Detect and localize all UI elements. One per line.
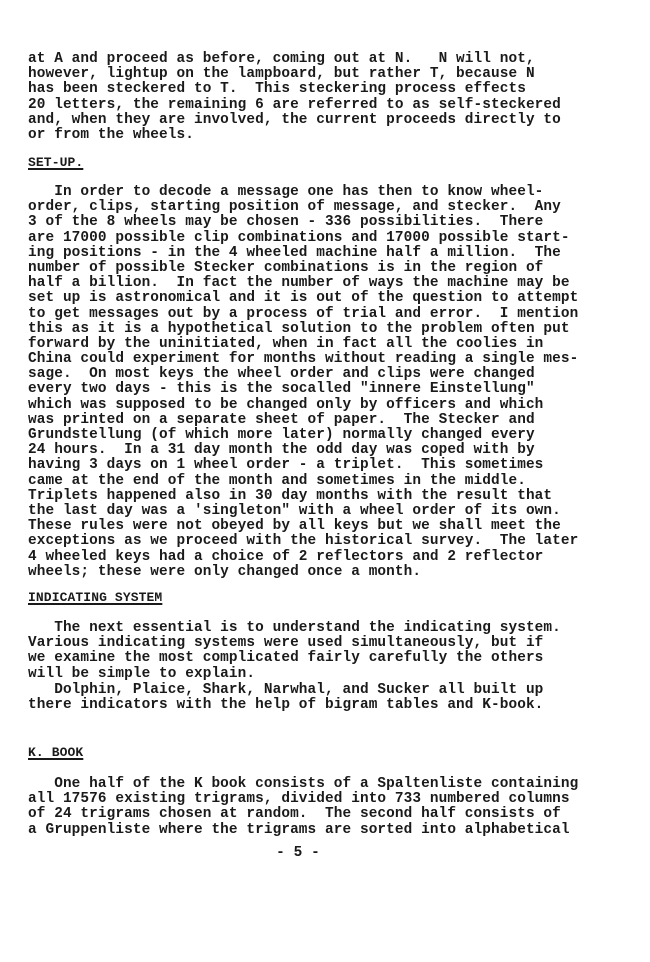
- indicating-paragraph-2: Dolphin, Plaice, Shark, Narwhal, and Suc…: [28, 683, 638, 713]
- page-number: - 5 -: [0, 846, 596, 861]
- document-page: at A and proceed as before, coming out a…: [0, 0, 650, 962]
- text-line: will be simple to explain.: [28, 667, 638, 682]
- section-heading-k-book: K. BOOK: [28, 745, 83, 760]
- text-line: exceptions as we proceed with the histor…: [28, 534, 638, 549]
- text-line: was printed on a separate sheet of paper…: [28, 413, 638, 428]
- text-line: half a billion. In fact the number of wa…: [28, 276, 638, 291]
- text-line: and, when they are involved, the current…: [28, 113, 638, 128]
- text-line: Grundstellung (of which more later) norm…: [28, 428, 638, 443]
- text-line: These rules were not obeyed by all keys …: [28, 519, 638, 534]
- text-line: the last day was a 'singleton" with a wh…: [28, 504, 638, 519]
- text-line: having 3 days on 1 wheel order - a tripl…: [28, 458, 638, 473]
- text-line: a Gruppenliste where the trigrams are so…: [28, 823, 638, 838]
- text-line: order, clips, starting position of messa…: [28, 200, 638, 215]
- section-heading-indicating-system: INDICATING SYSTEM: [28, 590, 162, 605]
- text-line: we examine the most complicated fairly c…: [28, 651, 638, 666]
- set-up-paragraph: In order to decode a message one has the…: [28, 185, 638, 580]
- text-line: One half of the K book consists of a Spa…: [28, 777, 638, 792]
- text-line: number of possible Stecker combinations …: [28, 261, 638, 276]
- text-line: are 17000 possible clip combinations and…: [28, 231, 638, 246]
- text-line: every two days - this is the socalled "i…: [28, 382, 638, 397]
- text-line: In order to decode a message one has the…: [28, 185, 638, 200]
- intro-paragraph: at A and proceed as before, coming out a…: [28, 52, 638, 143]
- text-line: ing positions - in the 4 wheeled machine…: [28, 246, 638, 261]
- text-line: Dolphin, Plaice, Shark, Narwhal, and Suc…: [28, 683, 638, 698]
- text-line: which was supposed to be changed only by…: [28, 398, 638, 413]
- text-line: there indicators with the help of bigram…: [28, 698, 638, 713]
- text-line: at A and proceed as before, coming out a…: [28, 52, 638, 67]
- text-line: Various indicating systems were used sim…: [28, 636, 638, 651]
- text-line: this as it is a hypothetical solution to…: [28, 322, 638, 337]
- text-line: has been steckered to T. This steckering…: [28, 82, 638, 97]
- text-line: of 24 trigrams chosen at random. The sec…: [28, 807, 638, 822]
- text-line: or from the wheels.: [28, 128, 638, 143]
- indicating-paragraph-1: The next essential is to understand the …: [28, 621, 638, 682]
- text-line: 24 hours. In a 31 day month the odd day …: [28, 443, 638, 458]
- k-book-paragraph: One half of the K book consists of a Spa…: [28, 777, 638, 838]
- text-line: 20 letters, the remaining 6 are referred…: [28, 98, 638, 113]
- text-line: 4 wheeled keys had a choice of 2 reflect…: [28, 550, 638, 565]
- text-line: wheels; these were only changed once a m…: [28, 565, 638, 580]
- text-line: The next essential is to understand the …: [28, 621, 638, 636]
- text-line: came at the end of the month and sometim…: [28, 474, 638, 489]
- text-line: all 17576 existing trigrams, divided int…: [28, 792, 638, 807]
- text-line: set up is astronomical and it is out of …: [28, 291, 638, 306]
- text-line: to get messages out by a process of tria…: [28, 307, 638, 322]
- text-line: China could experiment for months withou…: [28, 352, 638, 367]
- text-line: however, lightup on the lampboard, but r…: [28, 67, 638, 82]
- section-heading-set-up: SET-UP.: [28, 155, 83, 170]
- text-line: forward by the uninitiated, when in fact…: [28, 337, 638, 352]
- text-line: 3 of the 8 wheels may be chosen - 336 po…: [28, 215, 638, 230]
- text-line: Triplets happened also in 30 day months …: [28, 489, 638, 504]
- text-line: sage. On most keys the wheel order and c…: [28, 367, 638, 382]
